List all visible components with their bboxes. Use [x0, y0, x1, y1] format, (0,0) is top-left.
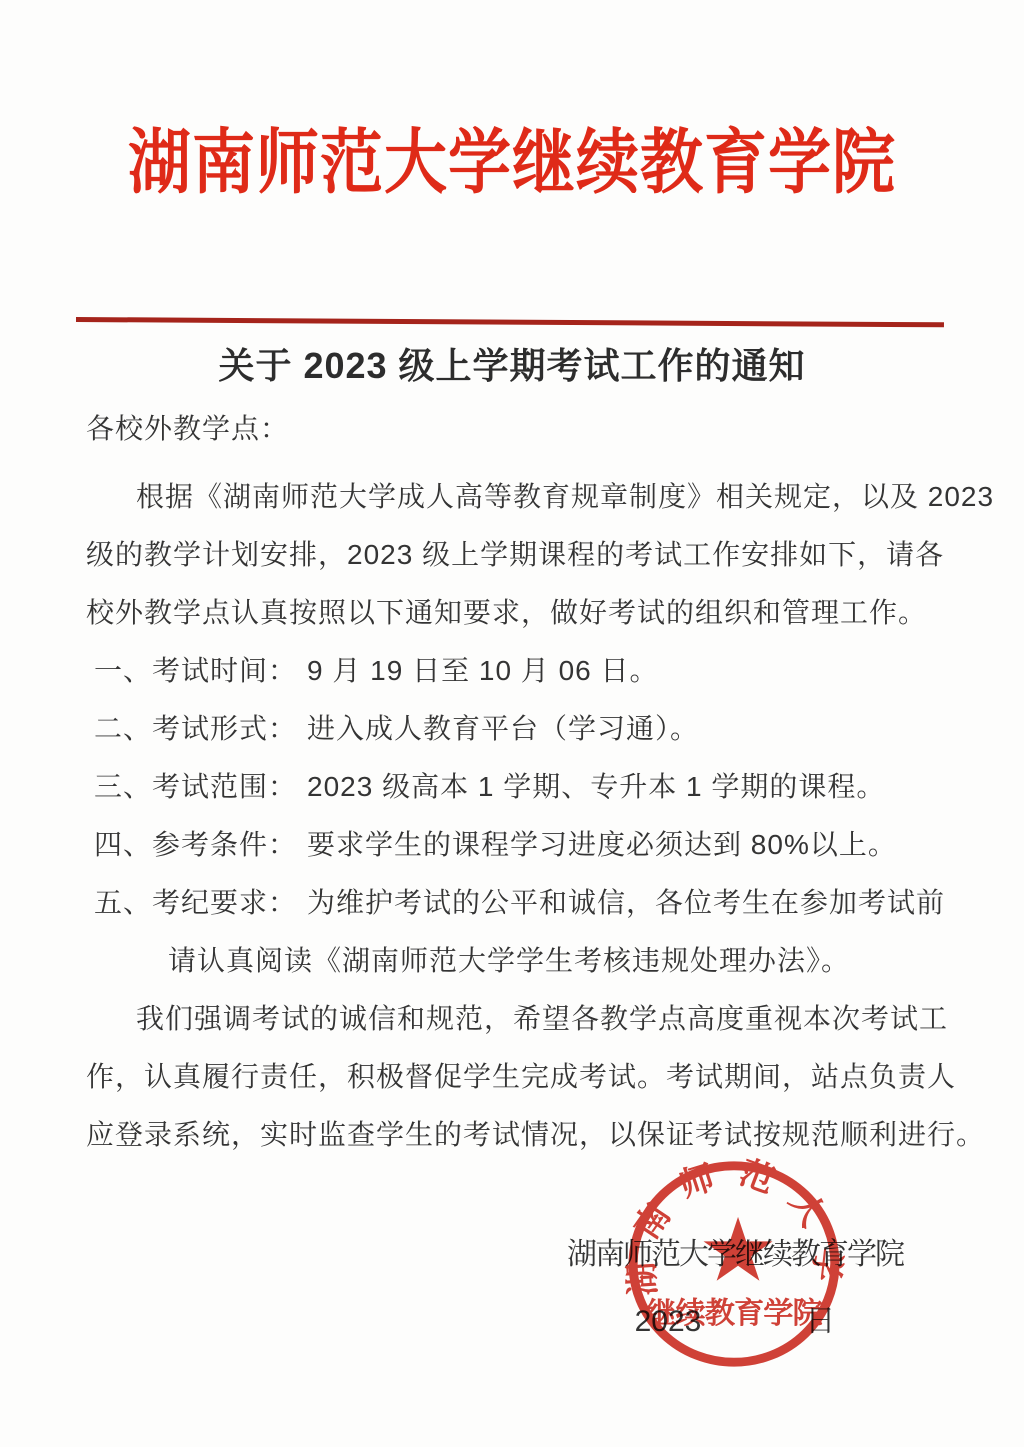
- item-text: 为维护考试的公平和诚信，各位考生在参加考试前: [307, 887, 945, 918]
- item-exam-format: 二、考试形式：进入成人教育平台（学习通）。: [86, 700, 946, 758]
- item-heading: 考纪要求：: [152, 887, 297, 918]
- item-heading: 考试形式：: [152, 713, 297, 744]
- letterhead-divider-rule: [76, 317, 944, 327]
- item-discipline-requirement-continued: 请认真阅读《湖南师范大学学生考核违规处理办法》。: [86, 932, 946, 990]
- signature-institution: 湖南师范大学继续教育学院: [540, 1236, 930, 1274]
- salutation: 各校外教学点：: [86, 400, 946, 458]
- signature-block: 湖南师范大学继续教育学院 2023 日: [540, 1236, 930, 1340]
- item-number: 二、: [94, 713, 152, 744]
- date-day-suffix: 日: [805, 1304, 835, 1340]
- item-number: 五、: [94, 887, 152, 918]
- item-text: 要求学生的课程学习进度必须达到 80%以上。: [307, 829, 897, 860]
- item-participation-condition: 四、参考条件：要求学生的课程学习进度必须达到 80%以上。: [86, 816, 946, 874]
- item-number: 三、: [94, 771, 152, 802]
- closing-line-1: 我们强调考试的诚信和规范，希望各教学点高度重视本次考试工: [86, 990, 946, 1048]
- item-number: 四、: [94, 829, 152, 860]
- item-exam-scope: 三、考试范围：2023 级高本 1 学期、专升本 1 学期的课程。: [86, 758, 946, 816]
- closing-line-2: 作，认真履行责任，积极督促学生完成考试。考试期间，站点负责人: [86, 1048, 946, 1106]
- closing-line-3: 应登录系统，实时监查学生的考试情况，以保证考试按规范顺利进行。: [86, 1106, 946, 1164]
- item-text: 9 月 19 日至 10 月 06 日。: [307, 655, 658, 686]
- intro-line-2: 级的教学计划安排，2023 级上学期课程的考试工作安排如下，请各: [86, 526, 946, 584]
- letterhead-institution-title: 湖南师范大学继续教育学院: [0, 106, 1024, 208]
- intro-line-1: 根据《湖南师范大学成人高等教育规章制度》相关规定，以及 2023: [86, 468, 946, 526]
- item-discipline-requirement: 五、考纪要求：为维护考试的公平和诚信，各位考生在参加考试前: [86, 874, 946, 932]
- item-exam-time: 一、考试时间：9 月 19 日至 10 月 06 日。: [86, 642, 946, 700]
- notice-title: 关于 2023 级上学期考试工作的通知: [0, 338, 1024, 389]
- intro-line-3: 校外教学点认真按照以下通知要求，做好考试的组织和管理工作。: [86, 584, 946, 642]
- date-line: 2023 日: [540, 1304, 930, 1340]
- item-text: 进入成人教育平台（学习通）。: [307, 713, 699, 744]
- item-heading: 参考条件：: [152, 829, 297, 860]
- item-heading: 考试范围：: [152, 771, 297, 802]
- scanned-notice-page: 湖南师范大学继续教育学院 关于 2023 级上学期考试工作的通知 各校外教学点：…: [0, 0, 1024, 1447]
- item-heading: 考试时间：: [152, 655, 297, 686]
- notice-body: 各校外教学点： 根据《湖南师范大学成人高等教育规章制度》相关规定，以及 2023…: [86, 400, 946, 1164]
- date-year: 2023: [635, 1304, 702, 1340]
- item-number: 一、: [94, 655, 152, 686]
- item-text: 2023 级高本 1 学期、专升本 1 学期的课程。: [307, 771, 885, 802]
